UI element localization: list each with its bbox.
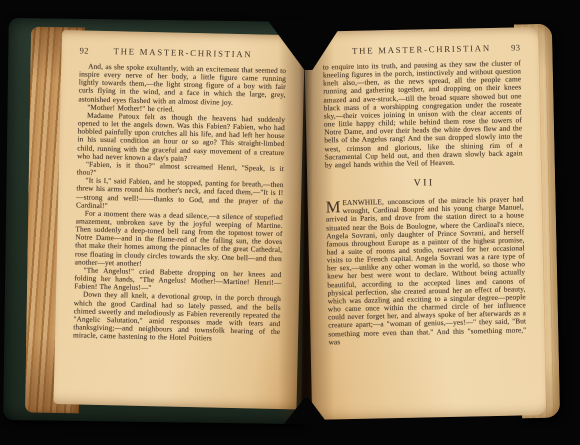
right-page: THE MASTER-CHRISTIAN 93 to enquire into … [304, 27, 546, 420]
right-running-title: THE MASTER-CHRISTIAN [352, 43, 491, 56]
right-page-header: THE MASTER-CHRISTIAN 93 [322, 42, 520, 56]
book-photo-scene: 92 THE MASTER-CHRISTIAN And, as she spok… [0, 0, 580, 445]
paragraph: For a moment there was a dead silence,—a… [75, 209, 283, 271]
chapter-paragraph: MEANWHILE, unconscious of the miracle hi… [308, 195, 545, 347]
paragraph: And, as she spoke exultantly, with an ex… [78, 62, 286, 107]
paragraph: Down they all knelt, a devotional group,… [73, 291, 281, 345]
left-page: 92 THE MASTER-CHRISTIAN And, as she spok… [54, 30, 305, 409]
chapter-text: EANWHILE, unconscious of the miracle his… [326, 194, 527, 346]
right-page-number: 93 [498, 42, 520, 52]
paragraph: Madame Patoux felt as though the heavens… [77, 111, 285, 165]
left-running-title: THE MASTER-CHRISTIAN [113, 46, 252, 59]
left-page-number: 92 [79, 45, 101, 55]
right-page-text: to enquire into its truth, and pausing a… [305, 59, 541, 170]
drop-cap: M [326, 199, 343, 214]
paragraph: to enquire into its truth, and pausing a… [323, 59, 523, 169]
chapter-heading: VII [307, 176, 541, 191]
left-page-text: And, as she spoke exultantly, with an ex… [55, 62, 304, 345]
left-page-header: 92 THE MASTER-CHRISTIAN [79, 45, 286, 60]
